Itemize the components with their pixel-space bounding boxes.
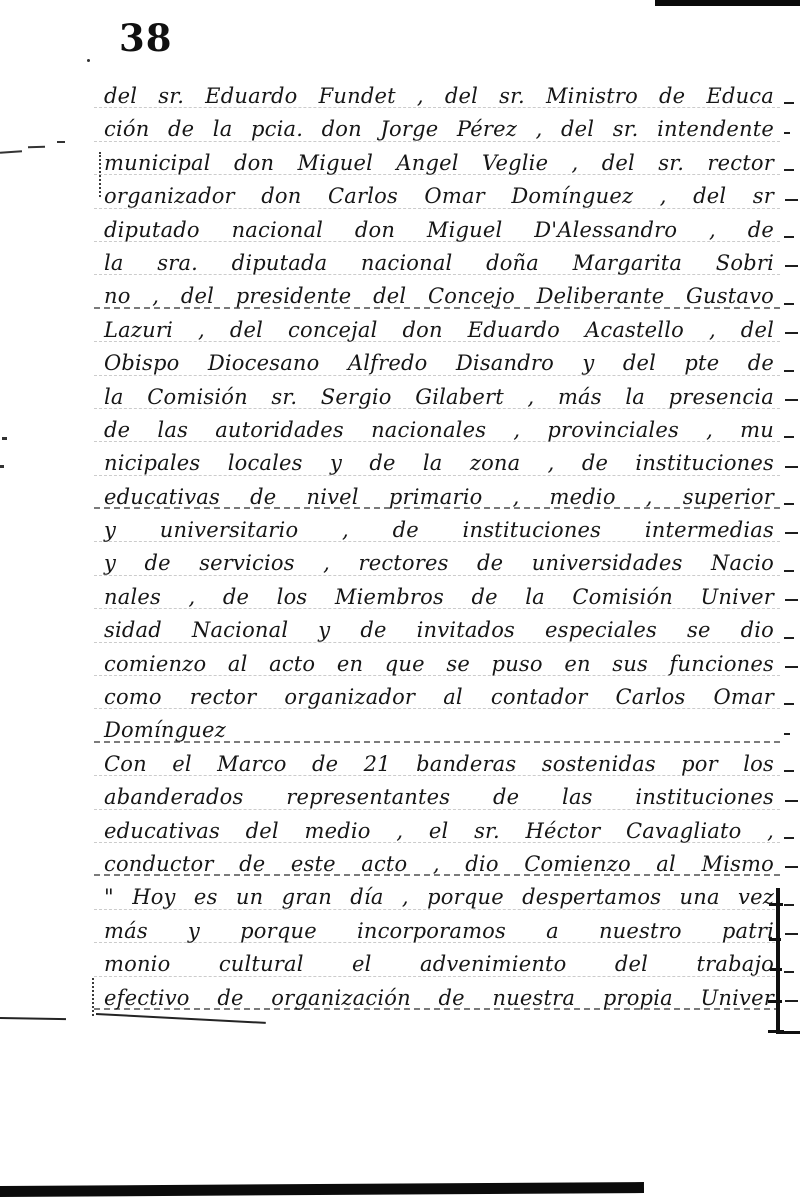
margin-rule-dash bbox=[785, 1000, 798, 1002]
scan-speck bbox=[28, 146, 45, 149]
scan-speck bbox=[87, 59, 90, 62]
scan-speck bbox=[57, 141, 65, 143]
rule-tick bbox=[770, 968, 782, 971]
manuscript-line-text: " Hoy es un gran día , porque despertamo… bbox=[104, 881, 774, 914]
manuscript-line: nales , de los Miembros de la Comisión U… bbox=[104, 581, 774, 614]
margin-rule-dash bbox=[784, 637, 794, 639]
margin-rule-dash bbox=[784, 303, 794, 305]
manuscript-line-text: como rector organizador al contador Carl… bbox=[104, 681, 774, 714]
scan-speck bbox=[0, 465, 4, 468]
manuscript-line: efectivo de organización de nuestra prop… bbox=[104, 982, 774, 1015]
manuscript-line-text: monio cultural el advenimiento del traba… bbox=[104, 948, 774, 981]
manuscript-line: comienzo al acto en que se puso en sus f… bbox=[104, 648, 774, 681]
manuscript-line: municipal don Miguel Angel Veglie , del … bbox=[104, 147, 774, 180]
manuscript-line: Domínguez bbox=[104, 714, 774, 747]
rule-tick bbox=[769, 938, 781, 941]
manuscript-line: abanderados representantes de las instit… bbox=[104, 781, 774, 814]
manuscript-line: del sr. Eduardo Fundet , del sr. Ministr… bbox=[104, 80, 774, 113]
manuscript-line-text: y de servicios , rectores de universidad… bbox=[104, 547, 774, 580]
manuscript-line: educativas del medio , el sr. Héctor Cav… bbox=[104, 815, 774, 848]
scan-speck bbox=[2, 437, 7, 440]
manuscript-line-text: organizador don Carlos Omar Domínguez , … bbox=[104, 180, 774, 213]
manuscript-line: nicipales locales y de la zona , de inst… bbox=[104, 447, 774, 480]
manuscript-line-text: efectivo de organización de nuestra prop… bbox=[104, 982, 774, 1015]
margin-rule-dash bbox=[784, 436, 794, 438]
manuscript-line-text: Lazuri , del concejal don Eduardo Acaste… bbox=[104, 314, 774, 347]
scan-artifact-top-bar bbox=[655, 0, 800, 6]
margin-rule-dash bbox=[784, 169, 794, 171]
margin-rule-dash bbox=[784, 837, 794, 839]
margin-rule-dash bbox=[785, 933, 798, 935]
margin-rule-dash bbox=[784, 370, 794, 372]
manuscript-line-text: Con el Marco de 21 banderas sostenidas p… bbox=[104, 748, 774, 781]
manuscript-line: la Comisión sr. Sergio Gilabert , más la… bbox=[104, 381, 774, 414]
manuscript-line-text: municipal don Miguel Angel Veglie , del … bbox=[104, 147, 774, 180]
manuscript-line-text: la sra. diputada nacional doña Margarita… bbox=[104, 247, 774, 280]
margin-rule-dash bbox=[784, 570, 794, 572]
manuscript-line-text: sidad Nacional y de invitados especiales… bbox=[104, 614, 774, 647]
manuscript-line-text: diputado nacional don Miguel D'Alessandr… bbox=[104, 214, 774, 247]
manuscript-line: Lazuri , del concejal don Eduardo Acaste… bbox=[104, 314, 774, 347]
margin-rule-dash bbox=[784, 703, 794, 705]
rule-tick bbox=[768, 1030, 784, 1033]
manuscript-line-text: no , del presidente del Concejo Delibera… bbox=[104, 280, 774, 313]
manuscript-line-text: Obispo Diocesano Alfredo Disandro y del … bbox=[104, 347, 774, 380]
manuscript-line: no , del presidente del Concejo Delibera… bbox=[104, 280, 774, 313]
handwritten-text-block: del sr. Eduardo Fundet , del sr. Ministr… bbox=[104, 80, 774, 1015]
manuscript-line: conductor de este acto , dio Comienzo al… bbox=[104, 848, 774, 881]
margin-rule-dash bbox=[785, 666, 798, 668]
margin-rule-dash bbox=[785, 866, 798, 868]
manuscript-line-text: nales , de los Miembros de la Comisión U… bbox=[104, 581, 774, 614]
manuscript-line-text: nicipales locales y de la zona , de inst… bbox=[104, 447, 774, 480]
manuscript-line: sidad Nacional y de invitados especiales… bbox=[104, 614, 774, 647]
manuscript-line: monio cultural el advenimiento del traba… bbox=[104, 948, 774, 981]
margin-rule-dash bbox=[784, 102, 794, 104]
right-margin-vertical-rule bbox=[776, 888, 780, 1034]
manuscript-line: " Hoy es un gran día , porque despertamo… bbox=[104, 881, 774, 914]
manuscript-line-text: Domínguez bbox=[104, 714, 774, 747]
manuscript-line: Obispo Diocesano Alfredo Disandro y del … bbox=[104, 347, 774, 380]
manuscript-line-text: la Comisión sr. Sergio Gilabert , más la… bbox=[104, 381, 774, 414]
manuscript-line: y universitario , de instituciones inter… bbox=[104, 514, 774, 547]
manuscript-line: y de servicios , rectores de universidad… bbox=[104, 547, 774, 580]
margin-rule-dash bbox=[784, 904, 794, 906]
manuscript-line-text: de las autoridades nacionales , provinci… bbox=[104, 414, 774, 447]
margin-rule-dash bbox=[784, 236, 794, 238]
rule-tick bbox=[769, 903, 783, 906]
manuscript-line-text: más y porque incorporamos a nuestro patr… bbox=[104, 915, 774, 948]
manuscript-line: ción de la pcia. don Jorge Pérez , del s… bbox=[104, 113, 774, 146]
manuscript-line-text: abanderados representantes de las instit… bbox=[104, 781, 774, 814]
margin-rule-dash bbox=[784, 132, 790, 134]
manuscript-page: 38 del sr. Eduardo Fundet , del sr. Mini… bbox=[0, 0, 800, 1200]
margin-rule-dash bbox=[784, 770, 794, 772]
page-number: 38 bbox=[119, 16, 173, 60]
margin-rule-dash bbox=[784, 503, 794, 505]
manuscript-line-text: conductor de este acto , dio Comienzo al… bbox=[104, 848, 774, 881]
scan-speck bbox=[0, 150, 22, 154]
manuscript-line-text: educativas de nivel primario , medio , s… bbox=[104, 481, 774, 514]
manuscript-line: la sra. diputada nacional doña Margarita… bbox=[104, 247, 774, 280]
margin-rule-dash bbox=[785, 532, 798, 534]
manuscript-line-text: y universitario , de instituciones inter… bbox=[104, 514, 774, 547]
manuscript-line-text: del sr. Eduardo Fundet , del sr. Ministr… bbox=[104, 80, 774, 113]
bottom-rule-fragment bbox=[0, 1017, 66, 1020]
margin-rule-dash bbox=[785, 332, 798, 334]
manuscript-line: más y porque incorporamos a nuestro patr… bbox=[104, 915, 774, 948]
manuscript-line: diputado nacional don Miguel D'Alessandr… bbox=[104, 214, 774, 247]
margin-rule-dash bbox=[785, 199, 798, 201]
margin-rule-dash bbox=[785, 599, 798, 601]
rule-tick bbox=[768, 1000, 782, 1003]
manuscript-line: como rector organizador al contador Carl… bbox=[104, 681, 774, 714]
manuscript-line-text: educativas del medio , el sr. Héctor Cav… bbox=[104, 815, 774, 848]
margin-rule-dash bbox=[785, 800, 798, 802]
manuscript-line: Con el Marco de 21 banderas sostenidas p… bbox=[104, 748, 774, 781]
scan-speck bbox=[92, 978, 94, 1016]
margin-rule-dash bbox=[785, 399, 798, 401]
margin-rule-dash bbox=[784, 971, 794, 973]
manuscript-line-text: ción de la pcia. don Jorge Pérez , del s… bbox=[104, 113, 774, 146]
manuscript-line: de las autoridades nacionales , provinci… bbox=[104, 414, 774, 447]
scan-artifact-bottom-bar bbox=[0, 1182, 644, 1197]
margin-rule-dash bbox=[785, 466, 798, 468]
manuscript-line: organizador don Carlos Omar Domínguez , … bbox=[104, 180, 774, 213]
margin-rule-dash bbox=[784, 733, 790, 735]
manuscript-line-text: comienzo al acto en que se puso en sus f… bbox=[104, 648, 774, 681]
margin-rule-dash bbox=[785, 265, 798, 267]
manuscript-line: educativas de nivel primario , medio , s… bbox=[104, 481, 774, 514]
